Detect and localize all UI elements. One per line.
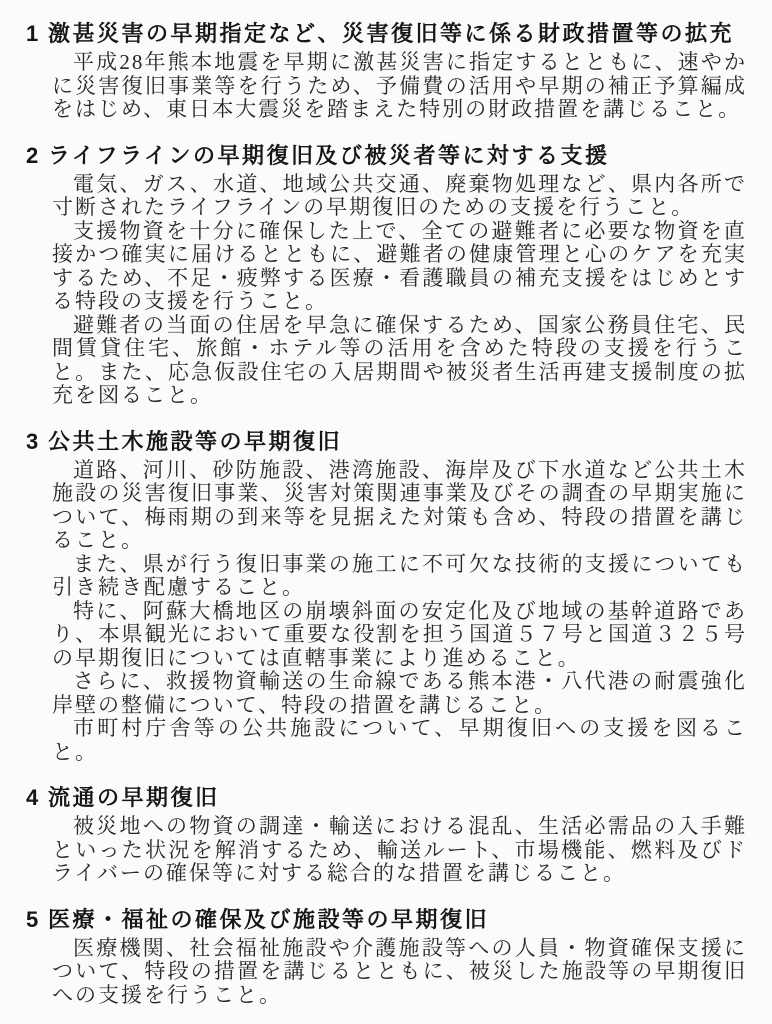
section-number: 1 [26,22,48,46]
document-page: 1 激甚災害の早期指定など、災害復旧等に係る財政措置等の拡充 平成28年熊本地震… [0,0,772,1024]
paragraph: 医療機関、社会福祉施設や介護施設等への人員・物資確保支援について、特段の措置を講… [52,937,747,1008]
section-heading: 1 激甚災害の早期指定など、災害復旧等に係る財政措置等の拡充 [26,22,747,46]
section-body: 平成28年熊本地震を早期に激甚災害に指定するとともに、速やかに災害復旧事業等を行… [52,51,747,122]
paragraph: また、県が行う復旧事業の施工に不可欠な技術的支援についても引き続き配慮すること。 [52,553,747,600]
section-4-distribution: 4 流通の早期復旧 被災地への物資の調達・輸送における混乱、生活必需品の入手難と… [26,786,747,886]
section-title: 激甚災害の早期指定など、災害復旧等に係る財政措置等の拡充 [48,22,747,46]
paragraph: 避難者の当面の住居を早急に確保するため、国家公務員住宅、民間賃貸住宅、旅館・ホテ… [52,314,747,408]
section-1-fiscal-measures: 1 激甚災害の早期指定など、災害復旧等に係る財政措置等の拡充 平成28年熊本地震… [26,22,747,122]
paragraph: さらに、救援物資輸送の生命線である熊本港・八代港の耐震強化岸壁の整備について、特… [52,670,747,717]
paragraph: 電気、ガス、水道、地域公共交通、廃棄物処理など、県内各所で寸断されたライフライン… [52,173,747,220]
section-title: 公共土木施設等の早期復旧 [48,430,747,454]
section-5-medical-welfare: 5 医療・福祉の確保及び施設等の早期復旧 医療機関、社会福祉施設や介護施設等への… [26,908,747,1008]
section-number: 3 [26,430,48,454]
section-body: 道路、河川、砂防施設、港湾施設、海岸及び下水道など公共土木施設の災害復旧事業、災… [52,459,747,765]
paragraph: 道路、河川、砂防施設、港湾施設、海岸及び下水道など公共土木施設の災害復旧事業、災… [52,459,747,553]
section-number: 2 [26,144,48,168]
section-heading: 3 公共土木施設等の早期復旧 [26,430,747,454]
section-2-lifeline-support: 2 ライフラインの早期復旧及び被災者等に対する支援 電気、ガス、水道、地域公共交… [26,144,747,408]
paragraph: 支援物資を十分に確保した上で、全ての避難者に必要な物資を直接かつ確実に届けるとと… [52,220,747,314]
section-body: 被災地への物資の調達・輸送における混乱、生活必需品の入手難といった状況を解消する… [52,815,747,886]
paragraph: 被災地への物資の調達・輸送における混乱、生活必需品の入手難といった状況を解消する… [52,815,747,886]
section-body: 医療機関、社会福祉施設や介護施設等への人員・物資確保支援について、特段の措置を講… [52,937,747,1008]
section-title: ライフラインの早期復旧及び被災者等に対する支援 [48,144,747,168]
section-number: 5 [26,908,48,932]
section-heading: 4 流通の早期復旧 [26,786,747,810]
paragraph: 特に、阿蘇大橋地区の崩壊斜面の安定化及び地域の基幹道路であり、本県観光において重… [52,600,747,671]
section-heading: 2 ライフラインの早期復旧及び被災者等に対する支援 [26,144,747,168]
section-heading: 5 医療・福祉の確保及び施設等の早期復旧 [26,908,747,932]
paragraph: 市町村庁舎等の公共施設について、早期復旧への支援を図ること。 [52,717,747,764]
section-title: 医療・福祉の確保及び施設等の早期復旧 [48,908,747,932]
section-body: 電気、ガス、水道、地域公共交通、廃棄物処理など、県内各所で寸断されたライフライン… [52,173,747,408]
section-3-public-works: 3 公共土木施設等の早期復旧 道路、河川、砂防施設、港湾施設、海岸及び下水道など… [26,430,747,765]
paragraph: 平成28年熊本地震を早期に激甚災害に指定するとともに、速やかに災害復旧事業等を行… [52,51,747,122]
section-title: 流通の早期復旧 [48,786,747,810]
section-number: 4 [26,786,48,810]
